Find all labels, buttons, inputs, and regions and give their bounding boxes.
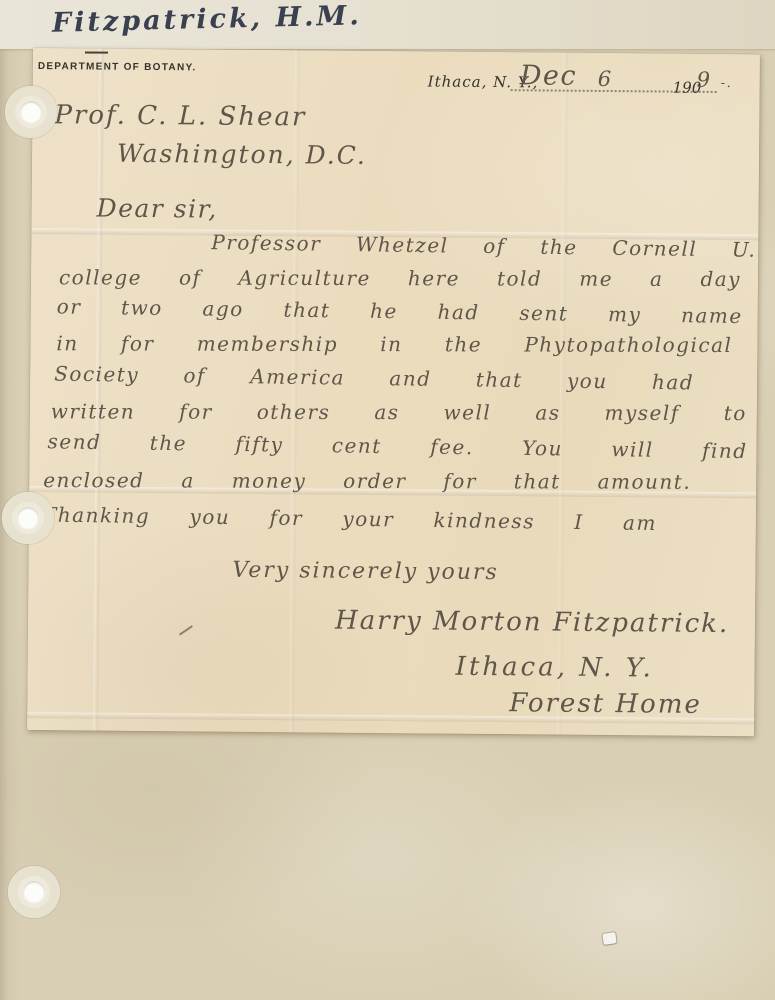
punch-hole-reinforcement bbox=[4, 85, 58, 139]
recipient-city: Washington, D.C. bbox=[117, 139, 367, 170]
scanned-letter-page: Fitzpatrick, H.M. DEPARTMENT OF BOTANY. … bbox=[0, 0, 775, 1000]
body-line: send the fifty cent fee. You will find bbox=[47, 429, 747, 469]
dateline-year-handwritten: 9 bbox=[697, 68, 712, 92]
dateline-month-handwritten: Dec bbox=[520, 60, 578, 91]
punch-hole-reinforcement bbox=[7, 865, 61, 919]
punch-hole-reinforcement bbox=[1, 491, 55, 545]
dateline-trailing-mark: -. bbox=[721, 76, 733, 91]
letterhead-dash bbox=[85, 51, 108, 53]
signature-place: Ithaca, N. Y. bbox=[455, 652, 654, 684]
stray-pen-mark bbox=[179, 625, 193, 636]
closing-line: Very sincerely yours bbox=[232, 558, 499, 585]
letterhead-department: DEPARTMENT OF BOTANY. bbox=[38, 61, 197, 73]
letter-paper: DEPARTMENT OF BOTANY. Ithaca, N. Y., Dec… bbox=[27, 48, 760, 736]
body-line: written for others as well as myself to bbox=[51, 399, 747, 431]
dateline-day-handwritten: 6 bbox=[598, 67, 613, 91]
body-line: college of Agriculture here told me a da… bbox=[59, 265, 741, 297]
recipient-name: Prof. C. L. Shear bbox=[54, 100, 306, 132]
body-line: Thanking you for your kindness I am bbox=[43, 502, 657, 541]
paper-chip-speck bbox=[602, 932, 616, 945]
salutation: Dear sir, bbox=[96, 194, 217, 224]
body-line: Professor Whetzel of the Cornell U. bbox=[211, 230, 756, 268]
signature-locality: Forest Home bbox=[509, 688, 702, 720]
body-line: in for membership in the Phytopathologic… bbox=[56, 331, 732, 363]
signature-name: Harry Morton Fitzpatrick. bbox=[335, 606, 729, 639]
body-line: Society of America and that you had bbox=[54, 362, 694, 401]
body-line: or two ago that he had sent my name bbox=[57, 294, 743, 334]
body-line: enclosed a money order for that amount. bbox=[43, 468, 691, 500]
